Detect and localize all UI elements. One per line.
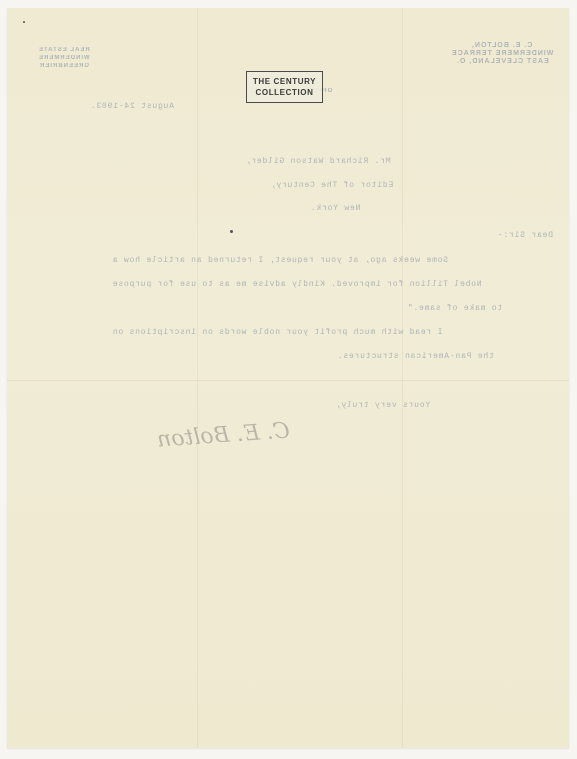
letterhead-left-line: WINDERMERE — [38, 54, 90, 62]
pin-hole — [23, 21, 25, 23]
body-text: Nobel Tillion for improved. Kindly advis… — [112, 280, 482, 289]
letterhead-left-line: GREENBRIER — [39, 62, 89, 70]
body-line-3: to make of same." — [407, 304, 502, 313]
letterhead-right-line: C. E. BOLTON, — [471, 42, 532, 50]
addressee-text: Editor of The Century, — [270, 181, 393, 190]
letter-sheet: REAL ESTATE WINDERMERE GREENBRIER C. E. … — [7, 8, 569, 748]
letterhead-right-line: WINDERMERE TERRACE — [451, 50, 553, 58]
addressee-text: Mr. Richard Watson Gilder, — [245, 157, 391, 166]
body-line-2: Nobel Tillion for improved. Kindly advis… — [112, 280, 482, 289]
body-text: Some weeks ago, at your request, I retur… — [112, 256, 448, 265]
addressee-line-3: New York. — [310, 204, 360, 213]
closing-line: Yours very truly, — [335, 401, 430, 410]
body-text: the Pan-American structures. — [337, 352, 494, 361]
body-line-4: I read with much profit your noble words… — [112, 328, 442, 337]
body-text: I read with much profit your noble words… — [112, 328, 442, 337]
body-line-1: Some weeks ago, at your request, I retur… — [112, 256, 448, 265]
body-line-5: the Pan-American structures. — [337, 352, 494, 361]
addressee-line-2: Editor of The Century, — [270, 181, 393, 190]
addressee-line-1: Mr. Richard Watson Gilder, — [245, 157, 391, 166]
date-text: August 24-1903. — [90, 102, 174, 111]
salutation-line: Dear Sir:- — [497, 231, 553, 240]
date-line: August 24-1903. — [90, 102, 174, 111]
fold-crease — [7, 380, 569, 381]
body-text: to make of same." — [407, 304, 502, 313]
closing-text: Yours very truly, — [335, 401, 430, 410]
addressee-text: New York. — [310, 204, 360, 213]
ink-spot — [230, 230, 233, 233]
signature: C. E. Bolton — [156, 418, 290, 452]
stamp-line-2: COLLECTION — [256, 87, 314, 98]
stamp-line-1: THE CENTURY — [253, 76, 316, 87]
salutation-text: Dear Sir:- — [497, 231, 553, 240]
letterhead-left: REAL ESTATE WINDERMERE GREENBRIER — [29, 46, 99, 70]
letterhead-right-line: EAST CLEVELAND, O. — [456, 58, 549, 66]
letterhead-right: C. E. BOLTON, WINDERMERE TERRACE EAST CL… — [442, 42, 562, 66]
letterhead-left-line: REAL ESTATE — [38, 46, 90, 54]
century-collection-stamp: THE CENTURY COLLECTION — [246, 71, 323, 103]
